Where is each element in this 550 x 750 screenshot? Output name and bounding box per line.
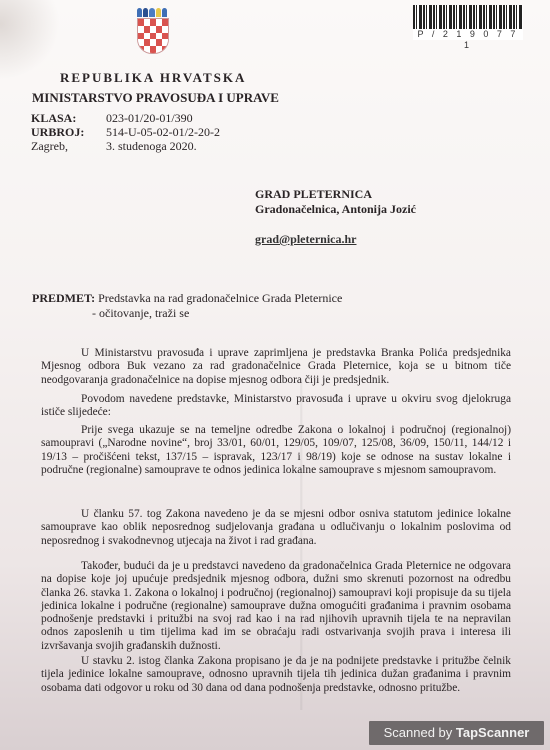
barcode-number: P / 2 1 9 0 7 7 1 [413, 29, 523, 40]
meta-label: URBROJ: [31, 125, 106, 139]
paragraph-3: Prije svega ukazuje se na temeljne odred… [41, 424, 511, 477]
subject-subline: - očitovanje, traži se [32, 306, 342, 321]
paragraph-2: Povodom navedene predstavke, Ministarstv… [41, 393, 511, 420]
subject-block: PREDMET: Predstavka na rad gradonačelnic… [32, 291, 342, 321]
recipient-name: GRAD PLETERNICA [255, 187, 416, 202]
country-heading: REPUBLIKA HRVATSKA [60, 70, 246, 86]
meta-value: 514-U-05-02-01/2-20-2 [106, 125, 220, 139]
subject-label: PREDMET: [32, 291, 95, 305]
meta-row-date: Zagreb, 3. studenoga 2020. [31, 139, 220, 153]
paragraph-5: Također, budući da je u predstavci naved… [41, 560, 511, 653]
meta-row-urbroj: URBROJ: 514-U-05-02-01/2-20-2 [31, 125, 220, 139]
recipient-block: GRAD PLETERNICA Gradonačelnica, Antonija… [255, 187, 416, 217]
meta-label: Zagreb, [31, 139, 106, 153]
reference-block: KLASA: 023-01/20-01/390 URBROJ: 514-U-05… [31, 111, 220, 153]
meta-row-klasa: KLASA: 023-01/20-01/390 [31, 111, 220, 125]
paragraph-4: U članku 57. tog Zakona navedeno je da s… [41, 508, 511, 548]
paper-shadow [0, 0, 60, 80]
scanner-brand: TapScanner [456, 725, 529, 740]
meta-label: KLASA: [31, 111, 106, 125]
scanner-watermark: Scanned by TapScanner [369, 721, 544, 745]
meta-value: 023-01/20-01/390 [106, 111, 193, 125]
recipient-email-link[interactable]: grad@pleternica.hr [255, 232, 356, 247]
paragraph-1: U Ministarstvu pravosuđa i uprave zaprim… [41, 347, 511, 387]
scanned-letter: P / 2 1 9 0 7 7 1 REPUBLIKA HRVATSKA MIN… [0, 0, 550, 750]
recipient-person: Gradonačelnica, Antonija Jozić [255, 202, 416, 217]
coat-of-arms-icon [137, 8, 167, 54]
paragraph-6: U stavku 2. istog članka Zakona propisan… [41, 655, 511, 695]
ministry-heading: MINISTARSTVO PRAVOSUĐA I UPRAVE [32, 90, 279, 106]
subject-line: Predstavka na rad gradonačelnice Grada P… [98, 291, 342, 305]
meta-value: 3. studenoga 2020. [106, 139, 197, 153]
